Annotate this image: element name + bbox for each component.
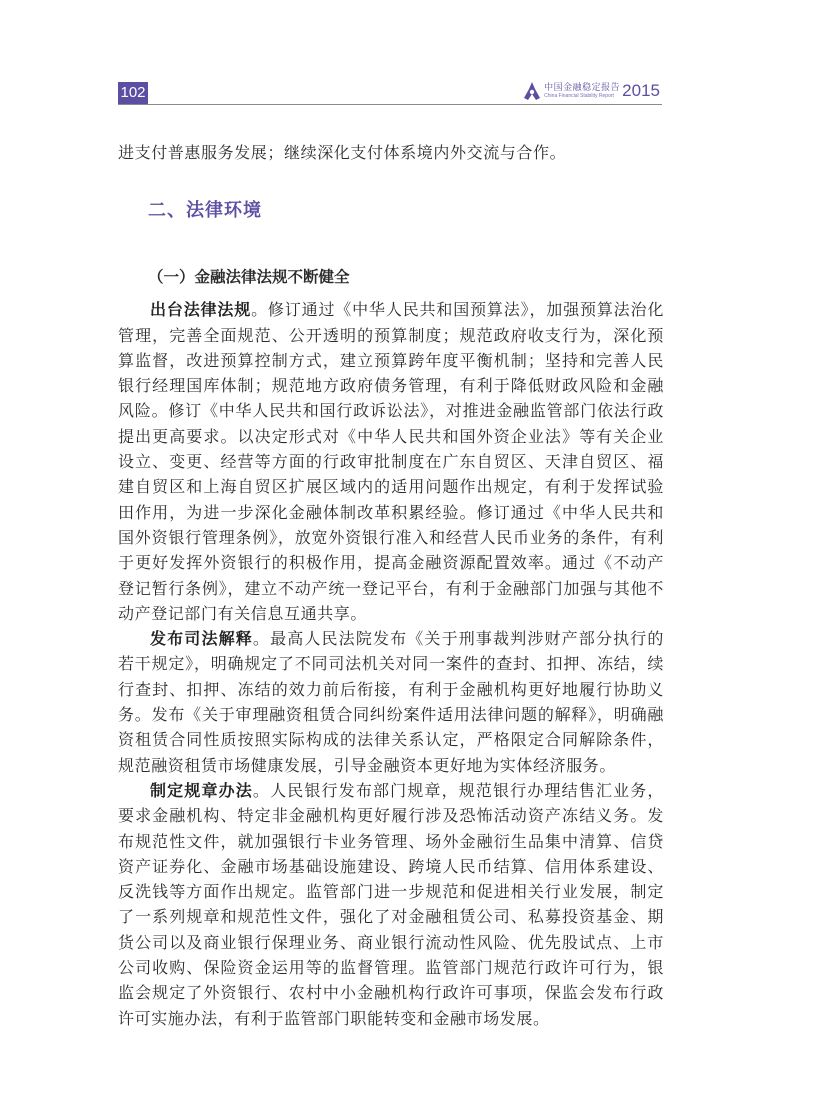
- report-brand: 中国金融稳定报告 China Financial Stability Repor…: [523, 80, 660, 102]
- continued-text: 进支付普惠服务发展；继续深化支付体系境内外交流与合作。: [118, 140, 664, 165]
- brand-year: 2015: [622, 81, 660, 101]
- paragraph-text: 。修订通过《中华人民共和国预算法》，加强预算法治化管理，完善全面规范、公开透明的…: [118, 300, 664, 623]
- paragraph-heading: 出台法律法规: [150, 300, 251, 319]
- page-body: 进支付普惠服务发展；继续深化支付体系境内外交流与合作。 二、法律环境 （一）金融…: [118, 140, 664, 1031]
- paragraph-heading: 发布司法解释: [150, 629, 253, 648]
- paragraph-regulations: 制定规章办法。人民银行发布部门规章，规范银行办理结售汇业务，要求金融机构、特定非…: [118, 778, 664, 1031]
- paragraph-text: 。人民银行发布部门规章，规范银行办理结售汇业务，要求金融机构、特定非金融机构更好…: [118, 781, 664, 1028]
- report-logo-icon: [523, 81, 541, 101]
- brand-text: 中国金融稳定报告 China Financial Stability Repor…: [544, 83, 620, 99]
- paragraph-heading: 制定规章办法: [150, 781, 253, 800]
- paragraph-text: 。最高人民法院发布《关于刑事裁判涉财产部分执行的若干规定》，明确规定了不同司法机…: [118, 629, 664, 774]
- subsection-title: （一）金融法律法规不断健全: [118, 264, 664, 290]
- brand-title-en: China Financial Stability Report: [544, 93, 620, 99]
- brand-title-cn: 中国金融稳定报告: [544, 83, 620, 93]
- paragraph-judicial: 发布司法解释。最高人民法院发布《关于刑事裁判涉财产部分执行的若干规定》，明确规定…: [118, 626, 664, 778]
- header-divider: [118, 104, 662, 105]
- page-number: 102: [118, 82, 148, 104]
- page-header: 102 中国金融稳定报告 China Financial Stability R…: [118, 80, 662, 105]
- paragraph-laws: 出台法律法规。修订通过《中华人民共和国预算法》，加强预算法治化管理，完善全面规范…: [118, 297, 664, 626]
- section-title: 二、法律环境: [118, 196, 664, 226]
